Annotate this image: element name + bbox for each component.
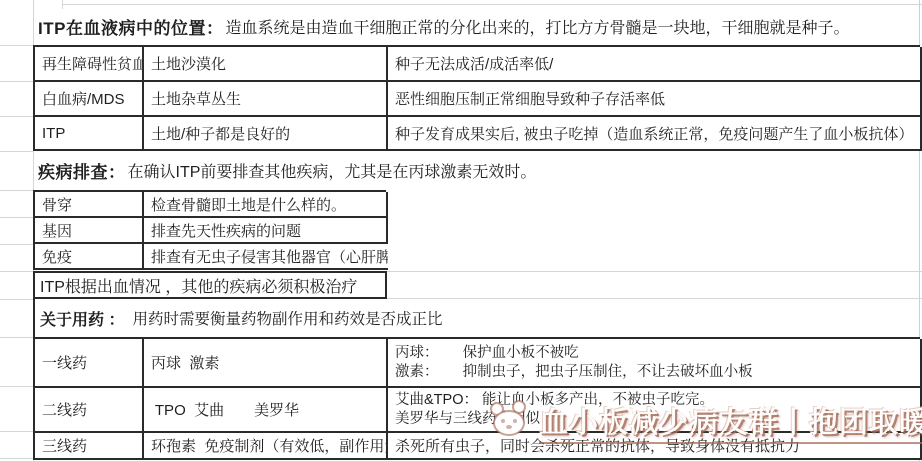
- screening-explanation-cell: 检查骨髓即土地是什么样的。: [144, 192, 388, 218]
- gridline: [0, 244, 33, 245]
- effect-line: 丙球： 保护血小板不被吃: [395, 344, 579, 363]
- screening-name-cell: 基因: [35, 218, 144, 244]
- screening-name-cell: 免疫: [35, 244, 144, 270]
- gridline: [0, 45, 33, 46]
- section-label: ITP在血液病中的位置：: [38, 14, 223, 39]
- gridline: [387, 271, 922, 272]
- section-text: 用药时需要衡量药物副作用和药效是否成正比: [132, 307, 442, 329]
- disease-explanation-cell: 种子无法成活/成活率低/: [388, 47, 922, 82]
- gridline: [0, 151, 33, 152]
- screening-name-cell: 骨穿: [35, 192, 144, 218]
- disease-explanation-cell: 恶性细胞压制正常细胞导致种子存活率低: [388, 82, 922, 117]
- gridline: [0, 299, 33, 300]
- effect-line: 激素： 抑制虫子，把虫子压制住，不让去破坏血小板: [395, 363, 753, 382]
- disease-comparison-table: 再生障碍性贫血 土地沙漠化 种子无法成活/成活率低/ 白血病/MDS 土地杂草丛…: [33, 45, 920, 151]
- disease-name-cell: ITP: [35, 117, 144, 151]
- section-text: 造血系统是由造血干细胞正常的分化出来的，打比方方骨髓是一块地，干细胞就是种子。: [225, 15, 849, 38]
- medication-effect-cell: 杀死所有虫子，同时会杀死正常的抗体，导致身体没有抵抗力: [388, 433, 922, 460]
- disease-analogy-cell: 土地沙漠化: [144, 47, 388, 82]
- disease-name-cell: 再生障碍性贫血: [35, 47, 144, 82]
- section-title-itp-position: ITP在血液病中的位置： 造血系统是由造血干细胞正常的分化出来的，打比方方骨髓是…: [38, 8, 849, 45]
- gridline: [0, 116, 33, 117]
- medication-line-cell: 二线药: [35, 388, 144, 433]
- medication-drugs-cell: TPO 艾曲 美罗华: [144, 388, 388, 433]
- screening-table: 骨穿 检查骨髓即土地是什么样的。 基因 排查先天性疾病的问题 免疫 排查有无虫子…: [33, 190, 386, 270]
- gridline: [0, 337, 33, 338]
- gridline: [0, 386, 33, 387]
- medication-effect-cell: 丙球： 保护血小板不被吃 激素： 抑制虫子，把虫子压制住，不让去破坏血小板: [388, 339, 922, 388]
- document-sheet: ITP在血液病中的位置： 造血系统是由造血干细胞正常的分化出来的，打比方方骨髓是…: [0, 0, 922, 461]
- disease-analogy-cell: 土地/种子都是良好的: [144, 117, 388, 151]
- gridline: [62, 4, 922, 5]
- gridline: [0, 81, 33, 82]
- gridline: [0, 190, 33, 191]
- medication-table: 一线药 丙球 激素 丙球： 保护血小板不被吃 激素： 抑制虫子，把虫子压制住，不…: [33, 337, 920, 460]
- section-label: 关于用药 ：: [40, 307, 124, 330]
- gridline: [0, 431, 33, 432]
- gridline: [0, 217, 33, 218]
- section-label: ITP根据出血情况 ，其他的疾病必须积极治疗: [40, 274, 357, 297]
- screening-explanation-cell: 排查先天性疾病的问题: [144, 218, 388, 244]
- section-title-treatment: ITP根据出血情况 ，其他的疾病必须积极治疗: [33, 271, 387, 299]
- disease-analogy-cell: 土地杂草丛生: [144, 82, 388, 117]
- medication-line-cell: 三线药: [35, 433, 144, 460]
- effect-line: 美罗华与三线药物相似: [395, 410, 540, 429]
- section-text: 在确认ITP前要排查其他疾病，尤其是在丙球激素无效时。: [128, 159, 537, 182]
- disease-name-cell: 白血病/MDS: [35, 82, 144, 117]
- effect-line: 艾曲&TPO： 能让血小板多产出，不被虫子吃完。: [395, 391, 714, 410]
- section-title-medication: 关于用药 ： 用药时需要衡量药物副作用和药效是否成正比: [33, 299, 920, 337]
- medication-drugs-cell: 丙球 激素: [144, 339, 388, 388]
- screening-explanation-cell: 排查有无虫子侵害其他器官（心肝脾肾）: [144, 244, 388, 270]
- gridline: [0, 458, 33, 459]
- medication-drugs-cell: 环孢素 免疫制剂（有效低，副作用大: [144, 433, 388, 460]
- medication-effect-cell: 艾曲&TPO： 能让血小板多产出，不被虫子吃完。 美罗华与三线药物相似: [388, 388, 922, 433]
- gridline: [0, 271, 33, 272]
- section-title-screening: 疾病排查： 在确认ITP前要排查其他疾病，尤其是在丙球激素无效时。: [38, 151, 536, 190]
- medication-line-cell: 一线药: [35, 339, 144, 388]
- disease-explanation-cell: 种子发育成果实后, 被虫子吃掉（造血系统正常，免疫问题产生了血小板抗体）: [388, 117, 922, 151]
- section-label: 疾病排查：: [38, 158, 126, 183]
